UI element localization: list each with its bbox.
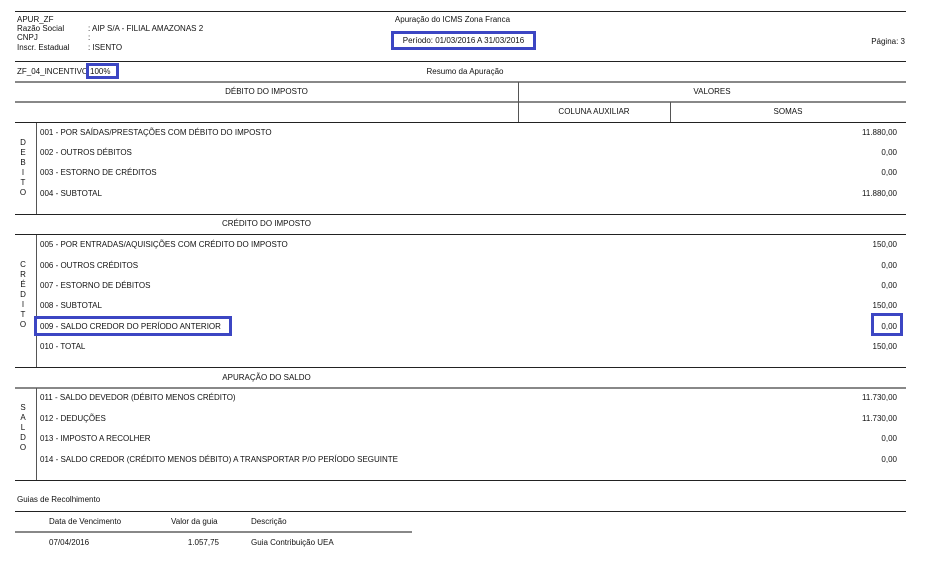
- balance-header-bottom-rule: [15, 387, 906, 389]
- guides-top-rule: [15, 511, 906, 512]
- debit-row-value: 11.880,00: [780, 189, 897, 199]
- company-name-value: : AIP S/A - FILIAL AMAZONAS 2: [88, 24, 203, 34]
- credit-row-value: 150,00: [780, 240, 897, 250]
- debit-row-value: 0,00: [780, 148, 897, 158]
- page-number: Página: 3: [800, 37, 905, 47]
- credit-row-label: 008 - SUBTOTAL: [40, 301, 102, 311]
- cnpj-value: :: [88, 33, 90, 43]
- debit-row-value: 11.880,00: [780, 128, 897, 138]
- guides-header-rule: [15, 531, 412, 533]
- summary-title: Resumo da Apuração: [380, 67, 550, 77]
- state-registration-label: Inscr. Estadual: [17, 43, 69, 53]
- debit-row-label: 004 - SUBTOTAL: [40, 189, 102, 199]
- debit-side-divider: [36, 123, 37, 214]
- credit-side-divider: [36, 235, 37, 367]
- balance-section-title: APURAÇÃO DO SALDO: [15, 373, 518, 383]
- balance-row-value: 0,00: [780, 455, 897, 465]
- credit-header-top-rule: [15, 214, 906, 215]
- table-top-rule: [15, 81, 906, 83]
- credit-section-title: CRÉDITO DO IMPOSTO: [15, 219, 518, 229]
- credit-row-value: 0,00: [780, 322, 897, 332]
- aux-column-header: COLUNA AUXILIAR: [518, 107, 670, 117]
- credit-row-label: 005 - POR ENTRADAS/AQUISIÇÕES COM CRÉDIT…: [40, 240, 288, 250]
- subheader-rule: [15, 101, 906, 103]
- guide-description: Guia Contribuição UEA: [251, 538, 334, 548]
- balance-row-label: 012 - DEDUÇÕES: [40, 414, 106, 424]
- balance-row-value: 11.730,00: [780, 414, 897, 424]
- debit-header: DÉBITO DO IMPOSTO: [15, 87, 518, 97]
- credit-row-value: 0,00: [780, 261, 897, 271]
- sums-column-header: SOMAS: [670, 107, 906, 117]
- credit-row-value: 150,00: [780, 342, 897, 352]
- guides-header-description: Descrição: [251, 517, 287, 527]
- debit-row-value: 0,00: [780, 168, 897, 178]
- guides-header-amount: Valor da guia: [171, 517, 218, 527]
- balance-header-top-rule: [15, 367, 906, 368]
- debit-row-label: 001 - POR SAÍDAS/PRESTAÇÕES COM DÉBITO D…: [40, 128, 272, 138]
- debit-top-rule: [15, 122, 906, 123]
- debit-side-label: DEBITO: [17, 138, 29, 198]
- balance-side-label: SALDO: [17, 403, 29, 453]
- state-registration-value: : ISENTO: [88, 43, 122, 53]
- credit-row-value: 0,00: [780, 281, 897, 291]
- balance-row-value: 0,00: [780, 434, 897, 444]
- report-period: Período: 01/03/2016 A 31/03/2016: [391, 36, 536, 46]
- balance-row-label: 013 - IMPOSTO A RECOLHER: [40, 434, 151, 444]
- credit-header-bottom-rule: [15, 234, 906, 235]
- debit-row-label: 002 - OUTROS DÉBITOS: [40, 148, 132, 158]
- cnpj-label: CNPJ: [17, 33, 38, 43]
- balance-bottom-rule: [15, 480, 906, 481]
- credit-row-label: 009 - SALDO CREDOR DO PERÍODO ANTERIOR: [40, 322, 221, 332]
- incentive-label: ZF_04_INCENTIVO: [17, 67, 88, 77]
- top-rule: [15, 11, 906, 12]
- credit-row-label: 007 - ESTORNO DE DÉBITOS: [40, 281, 150, 291]
- balance-row-label: 014 - SALDO CREDOR (CRÉDITO MENOS DÉBITO…: [40, 455, 398, 465]
- guides-title: Guias de Recolhimento: [17, 495, 100, 505]
- credit-row-label: 010 - TOTAL: [40, 342, 85, 352]
- balance-row-value: 11.730,00: [780, 393, 897, 403]
- guide-due-date: 07/04/2016: [49, 538, 89, 548]
- balance-side-divider: [36, 388, 37, 480]
- guides-header-due-date: Data de Vencimento: [49, 517, 121, 527]
- credit-row-label: 006 - OUTROS CRÉDITOS: [40, 261, 138, 271]
- credit-row-value: 150,00: [780, 301, 897, 311]
- incentive-value: 100%: [90, 67, 110, 77]
- balance-row-label: 011 - SALDO DEVEDOR (DÉBITO MENOS CRÉDIT…: [40, 393, 236, 403]
- report-title: Apuração do ICMS Zona Franca: [360, 15, 545, 25]
- credit-side-label: CRÉDITO: [17, 260, 29, 330]
- header-bottom-rule: [15, 61, 906, 62]
- values-header: VALORES: [518, 87, 906, 97]
- debit-row-label: 003 - ESTORNO DE CRÉDITOS: [40, 168, 157, 178]
- guide-amount: 1.057,75: [160, 538, 219, 548]
